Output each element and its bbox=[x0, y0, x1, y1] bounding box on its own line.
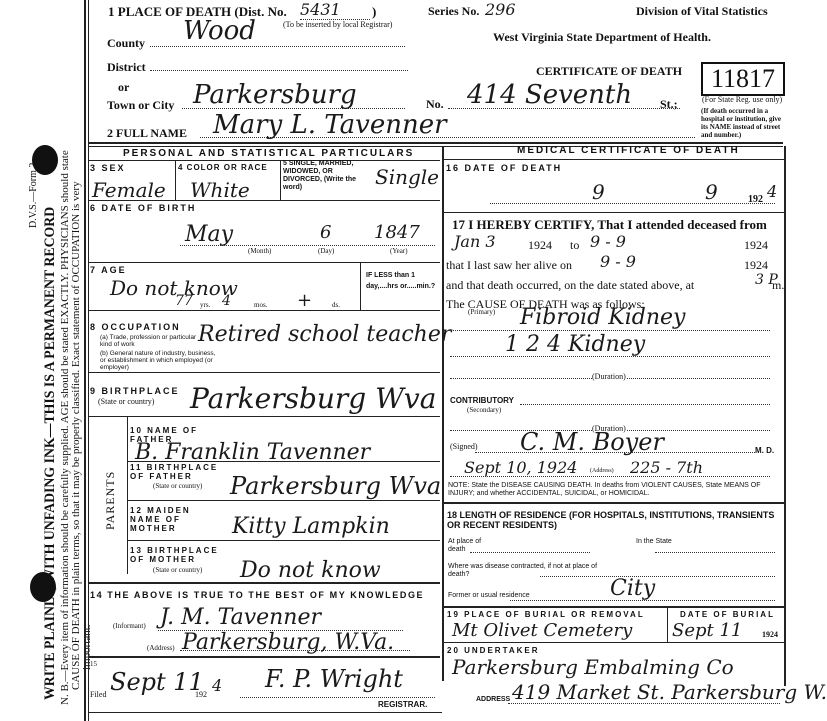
last-saw-year: 1924 bbox=[744, 258, 768, 273]
undertaker-address: 419 Market St. Parkersburg W.Va bbox=[512, 680, 827, 704]
marital-label: 5 SINGLE, MARRIED, WIDOWED, OR DIVORCED,… bbox=[283, 160, 363, 192]
physician-address: 225 - 7th bbox=[630, 458, 703, 477]
attended-to: 9 - 9 bbox=[590, 232, 626, 251]
dod-month: 9 bbox=[592, 180, 605, 204]
parents-label: PARENTS bbox=[103, 471, 118, 530]
mother-birthplace-label: 13 BIRTHPLACE OF MOTHER bbox=[130, 546, 220, 564]
margin-note-2: CAUSE OF DEATH in plain terms, so that i… bbox=[70, 181, 82, 690]
dob-day: 6 bbox=[320, 222, 331, 243]
age-months: 4 bbox=[222, 293, 231, 309]
county-label: County bbox=[107, 36, 145, 51]
dob-month: May bbox=[185, 222, 233, 247]
race-value: White bbox=[190, 178, 250, 202]
attended-from: Jan 3 bbox=[454, 232, 496, 251]
certificate-title: CERTIFICATE OF DEATH bbox=[536, 64, 682, 79]
medical-note: NOTE: State the DISEASE CAUSING DEATH. I… bbox=[448, 482, 788, 498]
occupation-value: Retired school teacher bbox=[198, 322, 451, 347]
frame-left-border bbox=[84, 0, 86, 721]
town-value: Parkersburg bbox=[193, 80, 357, 110]
column-divider bbox=[442, 146, 444, 681]
dist-no: 5431 bbox=[300, 0, 370, 20]
registrar-label: REGISTRAR. bbox=[378, 700, 427, 709]
informant-value: J. M. Tavenner bbox=[160, 605, 321, 630]
burial-year: 1924 bbox=[762, 630, 778, 639]
dod-label: 16 DATE OF DEATH bbox=[446, 163, 562, 173]
burial-place: Mt Olivet Cemetery bbox=[452, 620, 632, 641]
burial-place-label: 19 PLACE OF BURIAL OR REMOVAL bbox=[447, 610, 645, 619]
series-label: Series No. bbox=[428, 4, 479, 19]
age-days: + bbox=[297, 290, 312, 311]
full-name-value: Mary L. Tavenner bbox=[213, 110, 447, 140]
occupation-b-label: (b) General nature of industry, business… bbox=[100, 350, 218, 371]
race-label: 4 COLOR OR RACE bbox=[178, 163, 268, 172]
attended-from-year: 1924 bbox=[528, 238, 552, 253]
sex-value: Female bbox=[92, 178, 166, 202]
or-label: or bbox=[118, 80, 129, 95]
town-label: Town or City bbox=[107, 98, 174, 113]
series-no: 296 bbox=[485, 0, 516, 19]
dist-note: (To be inserted by local Registrar) bbox=[283, 20, 392, 29]
cause-line-2: 1 2 4 Kidney bbox=[505, 332, 645, 357]
last-saw-label: that I last saw her alive on bbox=[446, 258, 572, 273]
occupation-a-label: (a) Trade, profession or particular kind… bbox=[100, 334, 200, 348]
birthplace-label: 9 BIRTHPLACE bbox=[90, 386, 180, 396]
mother-label: 12 MAIDEN NAME OF MOTHER bbox=[130, 506, 220, 533]
frame-right-border bbox=[784, 146, 786, 686]
dod-day: 9 bbox=[705, 180, 718, 204]
age-value: Do not know bbox=[110, 276, 238, 300]
hole-punch-mark bbox=[30, 572, 56, 602]
death-time-label: and that death occurred, on the date sta… bbox=[446, 278, 694, 293]
physician-signature: C. M. Boyer bbox=[520, 428, 664, 456]
street-value: 414 Seventh bbox=[467, 80, 632, 110]
marital-value: Single bbox=[375, 165, 439, 189]
district-label: District bbox=[107, 60, 146, 75]
hospital-note: (If death occurred in a hospital or inst… bbox=[701, 107, 783, 139]
residence-label: 18 LENGTH OF RESIDENCE (FOR HOSPITALS, I… bbox=[447, 510, 787, 530]
undertaker-label: 20 UNDERTAKER bbox=[447, 646, 540, 655]
division-label: Division of Vital Statistics bbox=[636, 4, 768, 19]
burial-date-label: DATE OF BURIAL bbox=[680, 610, 775, 619]
medical-section-title: MEDICAL CERTIFICATE OF DEATH bbox=[517, 145, 740, 156]
filed-year: 4 bbox=[212, 676, 222, 695]
dob-label: 6 DATE OF BIRTH bbox=[90, 203, 196, 213]
dob-year: 1847 bbox=[374, 222, 420, 243]
cause-primary: Fibroid Kidney bbox=[520, 305, 685, 330]
margin-instructions: D.V.S.—Form 2 WRITE PLAINLY, WITH UNFADI… bbox=[0, 0, 90, 721]
sex-label: 3 SEX bbox=[90, 163, 126, 173]
occupation-label: 8 OCCUPATION bbox=[90, 322, 181, 332]
full-name-label: 2 FULL NAME bbox=[107, 126, 187, 141]
certify-text: 17 I HEREBY CERTIFY, That I attended dec… bbox=[452, 217, 767, 233]
birthplace-value: Parkersburg Wva bbox=[190, 382, 436, 415]
street-suffix: St.; bbox=[660, 97, 678, 112]
registrar-signature: F. P. Wright bbox=[265, 665, 403, 693]
informant-address: Parkersburg, W.Va. bbox=[182, 630, 394, 655]
cert-number-note: (For State Reg. use only) bbox=[702, 95, 782, 104]
certificate-number: 11817 bbox=[701, 62, 785, 96]
age-years: 77 bbox=[175, 293, 193, 309]
father-birthplace-label: 11 BIRTHPLACE OF FATHER bbox=[130, 463, 220, 481]
mother-value: Kitty Lampkin bbox=[232, 514, 390, 539]
margin-heading: WRITE PLAINLY, WITH UNFADING INK—THIS IS… bbox=[42, 207, 59, 700]
undertaker: Parkersburg Embalming Co bbox=[452, 655, 734, 679]
contributory-label: CONTRIBUTORY bbox=[450, 396, 514, 405]
less-than-day-label: IF LESS than 1 day,....hrs or.....min.? bbox=[366, 270, 436, 292]
hole-punch-mark bbox=[32, 145, 58, 175]
age-label: 7 AGE bbox=[90, 265, 127, 275]
burial-date: Sept 11 bbox=[672, 620, 742, 641]
attended-to-year: 1924 bbox=[744, 238, 768, 253]
department-label: West Virginia State Department of Health… bbox=[493, 30, 711, 45]
county-value: Wood bbox=[183, 16, 256, 46]
mother-birthplace-value: Do not know bbox=[240, 558, 381, 583]
personal-section-title: PERSONAL AND STATISTICAL PARTICULARS bbox=[123, 148, 414, 159]
former-residence: City bbox=[610, 576, 655, 601]
last-saw-date: 9 - 9 bbox=[600, 252, 636, 271]
dod-year: 4 bbox=[767, 182, 777, 201]
filed-date: Sept 11 bbox=[110, 668, 204, 696]
signed-date: Sept 10, 1924 bbox=[464, 458, 577, 477]
informant-title: 14 THE ABOVE IS TRUE TO THE BEST OF MY K… bbox=[90, 590, 424, 600]
father-birthplace-value: Parkersburg Wva bbox=[230, 472, 441, 500]
